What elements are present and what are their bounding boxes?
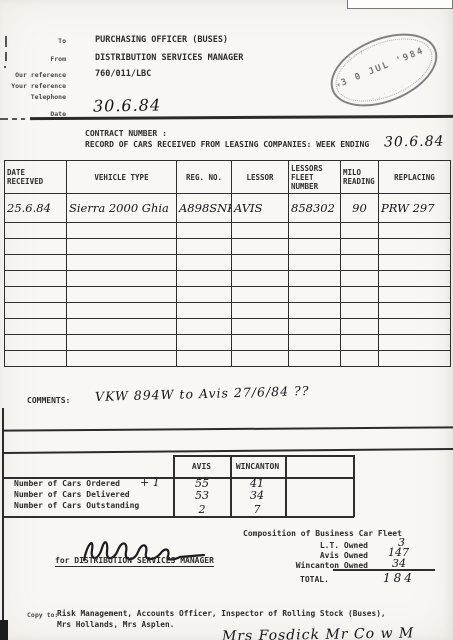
to-value: PURCHASING OFFICER (BUSES) — [95, 35, 228, 45]
cars-table-header-row: DATE RECEIVED VEHICLE TYPE REG. NO. LESS… — [5, 161, 451, 194]
your-reference-label: Your reference — [11, 82, 66, 90]
summary-vline — [285, 455, 287, 517]
copy-to-line2: Mrs Hollands, Mrs Asplen. — [57, 620, 174, 629]
summary-row-label-ordered: Number of Cars Ordered — [14, 479, 120, 488]
summary-value-wincanton-outstanding: 7 — [237, 503, 277, 516]
empty-table-row — [5, 335, 451, 351]
top-edge-box-artifact — [347, 0, 453, 9]
empty-table-row — [5, 287, 451, 303]
bottom-left-scan-blob — [0, 620, 8, 640]
rule-lead-dashes — [21, 118, 25, 120]
empty-table-row — [5, 239, 451, 255]
rule-lead-dashes — [0, 118, 8, 120]
cell-vehicle-type: Sierra 2000 Ghia — [67, 194, 177, 223]
col-header-replacing: REPLACING — [379, 161, 451, 194]
fleet-row-label-lt: L.T. Owned — [218, 541, 368, 550]
summary-vline — [353, 455, 355, 517]
cars-table-data-row: 25.6.84 Sierra 2000 Ghia A898SNK AVIS 85… — [5, 194, 451, 223]
fleet-total-label: TOTAL. — [300, 575, 329, 584]
summary-row-label-outstanding: Number of Cars Outstanding — [14, 501, 139, 510]
empty-table-row — [5, 319, 451, 335]
cell-reg-no: A898SNK — [177, 194, 232, 223]
date-value-handwritten: 30.6.84 — [93, 95, 161, 115]
left-edge-scan-line — [2, 408, 4, 640]
cell-lessor: AVIS — [232, 194, 289, 223]
summary-col-avis: AVIS — [173, 462, 230, 471]
our-reference-label: Our reference — [15, 71, 66, 79]
our-reference-value: 760/011/LBC — [95, 69, 151, 79]
empty-table-row — [5, 255, 451, 271]
section-rule — [3, 448, 453, 454]
col-header-reg-no: REG. NO. — [177, 161, 232, 194]
summary-value-avis-delivered: 53 — [182, 489, 222, 502]
empty-table-row — [5, 351, 451, 367]
from-value: DISTRIBUTION SERVICES MANAGER — [95, 53, 243, 63]
summary-value-avis-outstanding: 2 — [182, 503, 222, 516]
empty-table-row — [5, 303, 451, 319]
scanned-memo-page: To PURCHASING OFFICER (BUSES) From DISTR… — [0, 0, 453, 640]
summary-bottom-border — [3, 516, 354, 518]
fleet-composition-title: Composition of Business Car Fleet — [243, 529, 402, 538]
comments-label: COMMENTS: — [27, 396, 70, 405]
cell-lessors-fleet-number: 858302 — [289, 194, 341, 223]
margin-artifact — [4, 66, 6, 68]
ordered-annotation-handwritten: + 1 — [140, 476, 160, 489]
empty-table-row — [5, 271, 451, 287]
col-header-milo-reading: MILO READING — [341, 161, 379, 194]
copy-to-line1: Risk Management, Accounts Officer, Inspe… — [57, 609, 386, 618]
empty-table-row — [5, 223, 451, 239]
margin-artifact — [5, 52, 7, 61]
copy-to-handwritten-note: Mrs Fosdick Mr Co w M — [222, 625, 414, 640]
week-ending-value-handwritten: 30.6.84 — [384, 133, 445, 150]
copy-to-label: Copy to: — [27, 611, 58, 619]
rule-lead-dashes — [12, 118, 17, 120]
section-rule — [3, 426, 453, 431]
cell-milo-reading: 90 — [341, 194, 379, 223]
letterhead-divider-rule — [30, 115, 453, 120]
comments-value-handwritten: VKW 894W to Avis 27/6/84 ?? — [95, 383, 310, 404]
col-header-date-received: DATE RECEIVED — [5, 161, 67, 194]
signature-for-line: for DISTRIBUTION SERVICES MANAGER — [55, 556, 214, 567]
col-header-lessor: LESSOR — [232, 161, 289, 194]
summary-value-wincanton-delivered: 34 — [237, 489, 277, 502]
margin-artifact — [5, 36, 7, 47]
fleet-total-value: 184 — [383, 571, 415, 585]
summary-col-wincanton: WINCANTON — [230, 462, 285, 471]
cars-received-table: DATE RECEIVED VEHICLE TYPE REG. NO. LESS… — [4, 160, 451, 367]
contract-number-label: CONTRACT NUMBER : — [85, 129, 167, 138]
from-label: From — [50, 55, 66, 63]
cell-date-received: 25.6.84 — [5, 194, 67, 223]
fleet-row-label-avis: Avis Owned — [218, 551, 368, 560]
received-date-stamp: ·C·T· * 3 0 JUL '984 ·,··.· — [320, 19, 448, 120]
copy-to-handwritten-note-clipped: Mrs Fosdick Mr Co w M — [222, 624, 447, 640]
to-label: To — [58, 37, 66, 45]
summary-row-label-delivered: Number of Cars Delivered — [14, 490, 130, 499]
col-header-vehicle-type: VEHICLE TYPE — [67, 161, 177, 194]
summary-header-top-border — [173, 455, 354, 457]
record-line: RECORD OF CARS RECEIVED FROM LEASING COM… — [85, 140, 369, 149]
col-header-lessors-fleet-number: LESSORS FLEET NUMBER — [289, 161, 341, 194]
cell-replacing: PRW 297 — [379, 194, 451, 223]
telephone-label: Telephone — [31, 93, 66, 101]
